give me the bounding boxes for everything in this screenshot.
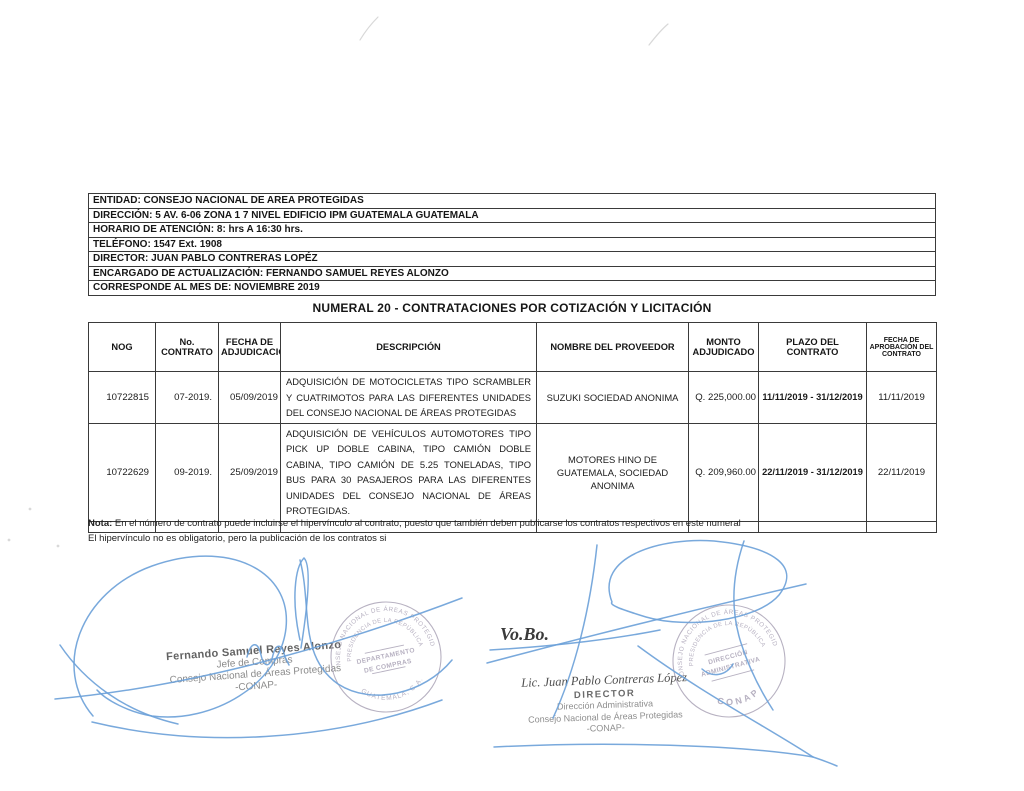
info-cell: DIRECCIÓN: 5 AV. 6-06 ZONA 1 7 NIVEL EDI… <box>89 208 936 223</box>
info-row-direccion: DIRECCIÓN: 5 AV. 6-06 ZONA 1 7 NIVEL EDI… <box>89 208 936 223</box>
column-header-monto: MONTO ADJUDICADO <box>689 323 759 372</box>
contracts-table: NOG No. CONTRATO FECHA DE ADJUDICACIÓN D… <box>88 322 937 533</box>
info-row-encargado: ENCARGADO DE ACTUALIZACIÓN: FERNANDO SAM… <box>89 266 936 281</box>
empty-cell <box>867 521 937 532</box>
pencil-mark-top-center <box>360 17 378 40</box>
signature-stroke <box>609 540 787 622</box>
signature-stroke <box>494 744 837 766</box>
pencil-mark-top-right <box>649 24 668 45</box>
info-row-director: DIRECTOR: JUAN PABLO CONTRERAS LOPÉZ <box>89 252 936 267</box>
scan-speck <box>29 508 32 511</box>
descripcion-cell: ADQUISICIÓN DE VEHÍCULOS AUTOMOTORES TIP… <box>281 423 537 521</box>
footnote-text-1: En el número de contrato puede incluirse… <box>115 518 741 529</box>
footnote: Nota: En el número de contrato puede inc… <box>88 516 741 546</box>
svg-text:CONSEJO NACIONAL DE ÁREAS PROT: CONSEJO NACIONAL DE ÁREAS PROTEGIDAS <box>665 596 780 677</box>
fecha-adjudicacion-cell: 25/09/2019 <box>219 423 281 521</box>
proveedor-cell: SUZUKI SOCIEDAD ANONIMA <box>537 372 689 424</box>
signature-stroke <box>92 700 442 738</box>
signature-block-left: Fernando Samuel Reyes Alonzo Jefe de Com… <box>129 636 382 701</box>
info-row-telefono: TELÉFONO: 1547 Ext. 1908 <box>89 237 936 252</box>
footnote-line-1: Nota: En el número de contrato puede inc… <box>88 516 741 531</box>
info-cell: TELÉFONO: 1547 Ext. 1908 <box>89 237 936 252</box>
stamp-center-line1: DIRECCIÓN <box>707 647 749 666</box>
scan-speck <box>57 545 60 548</box>
svg-text:CONAP: CONAP <box>714 685 764 712</box>
info-row-mes: CORRESPONDE AL MES DE: NOVIEMBRE 2019 <box>89 281 936 296</box>
info-cell: HORARIO DE ATENCIÓN: 8: hrs A 16:30 hrs. <box>89 223 936 238</box>
monto-cell: Q. 209,960.00 <box>689 423 759 521</box>
nog-cell: 10722629 <box>89 423 156 521</box>
scan-speck <box>8 539 11 542</box>
contrato-cell: 07-2019. <box>156 372 219 424</box>
column-header-nog: NOG <box>89 323 156 372</box>
contrato-cell: 09-2019. <box>156 423 219 521</box>
stamp-bottom-text: CONAP <box>714 685 764 712</box>
column-header-fecha-adjudicacion: FECHA DE ADJUDICACIÓN <box>219 323 281 372</box>
info-cell: ENTIDAD: CONSEJO NACIONAL DE AREA PROTEG… <box>89 194 936 209</box>
vobo-label: Vo.Bo. <box>500 624 549 645</box>
monto-cell: Q. 225,000.00 <box>689 372 759 424</box>
fecha-adjudicacion-cell: 05/09/2019 <box>219 372 281 424</box>
column-header-plazo: PLAZO DEL CONTRATO <box>759 323 867 372</box>
info-row-entidad: ENTIDAD: CONSEJO NACIONAL DE AREA PROTEG… <box>89 194 936 209</box>
footnote-label: Nota: <box>88 518 112 529</box>
info-cell: ENCARGADO DE ACTUALIZACIÓN: FERNANDO SAM… <box>89 266 936 281</box>
proveedor-cell: MOTORES HINO DE GUATEMALA, SOCIEDAD ANON… <box>537 423 689 521</box>
plazo-cell: 22/11/2019 - 31/12/2019 <box>759 423 867 521</box>
stamp-rule <box>705 644 748 655</box>
table-row: 10722629 09-2019. 25/09/2019 ADQUISICIÓN… <box>89 423 937 521</box>
fecha-aprobacion-cell: 11/11/2019 <box>867 372 937 424</box>
entity-info-table: ENTIDAD: CONSEJO NACIONAL DE AREA PROTEG… <box>88 193 936 296</box>
info-cell: DIRECTOR: JUAN PABLO CONTRERAS LOPÉZ <box>89 252 936 267</box>
column-header-proveedor: NOMBRE DEL PROVEEDOR <box>537 323 689 372</box>
table-header-row: NOG No. CONTRATO FECHA DE ADJUDICACIÓN D… <box>89 323 937 372</box>
column-header-descripcion: DESCRIPCIÓN <box>281 323 537 372</box>
stamp-ring-text: CONSEJO NACIONAL DE ÁREAS PROTEGIDAS <box>665 596 780 677</box>
column-header-contrato: No. CONTRATO <box>156 323 219 372</box>
table-row: 10722815 07-2019. 05/09/2019 ADQUISICIÓN… <box>89 372 937 424</box>
footnote-line-2: El hipervínculo no es obligatorio, pero … <box>88 531 741 546</box>
plazo-cell: 11/11/2019 - 31/12/2019 <box>759 372 867 424</box>
stamp-center-line2: ADMINISTRATIVA <box>700 656 761 679</box>
signature-stroke <box>734 541 773 710</box>
info-row-horario: HORARIO DE ATENCIÓN: 8: hrs A 16:30 hrs. <box>89 223 936 238</box>
stamp-ring-inner-text: PRESIDENCIA DE LA REPÚBLICA <box>680 612 766 667</box>
signature-stroke <box>295 558 308 648</box>
empty-cell <box>759 521 867 532</box>
info-cell: CORRESPONDE AL MES DE: NOVIEMBRE 2019 <box>89 281 936 296</box>
column-header-fecha-aprobacion: FECHA DE APROBACIÓN DEL CONTRATO <box>867 323 937 372</box>
page-title: NUMERAL 20 - CONTRATACIONES POR COTIZACI… <box>88 301 936 315</box>
svg-text:PRESIDENCIA DE LA REPÚBLICA: PRESIDENCIA DE LA REPÚBLICA <box>680 612 766 667</box>
fecha-aprobacion-cell: 22/11/2019 <box>867 423 937 521</box>
stamp-rule <box>712 670 755 681</box>
scanned-document-page: ENTIDAD: CONSEJO NACIONAL DE AREA PROTEG… <box>0 0 1024 791</box>
descripcion-cell: ADQUISICIÓN DE MOTOCICLETAS TIPO SCRAMBL… <box>281 372 537 424</box>
nog-cell: 10722815 <box>89 372 156 424</box>
signature-block-right: Lic. Juan Pablo Contreras López DIRECTOR… <box>499 671 711 738</box>
